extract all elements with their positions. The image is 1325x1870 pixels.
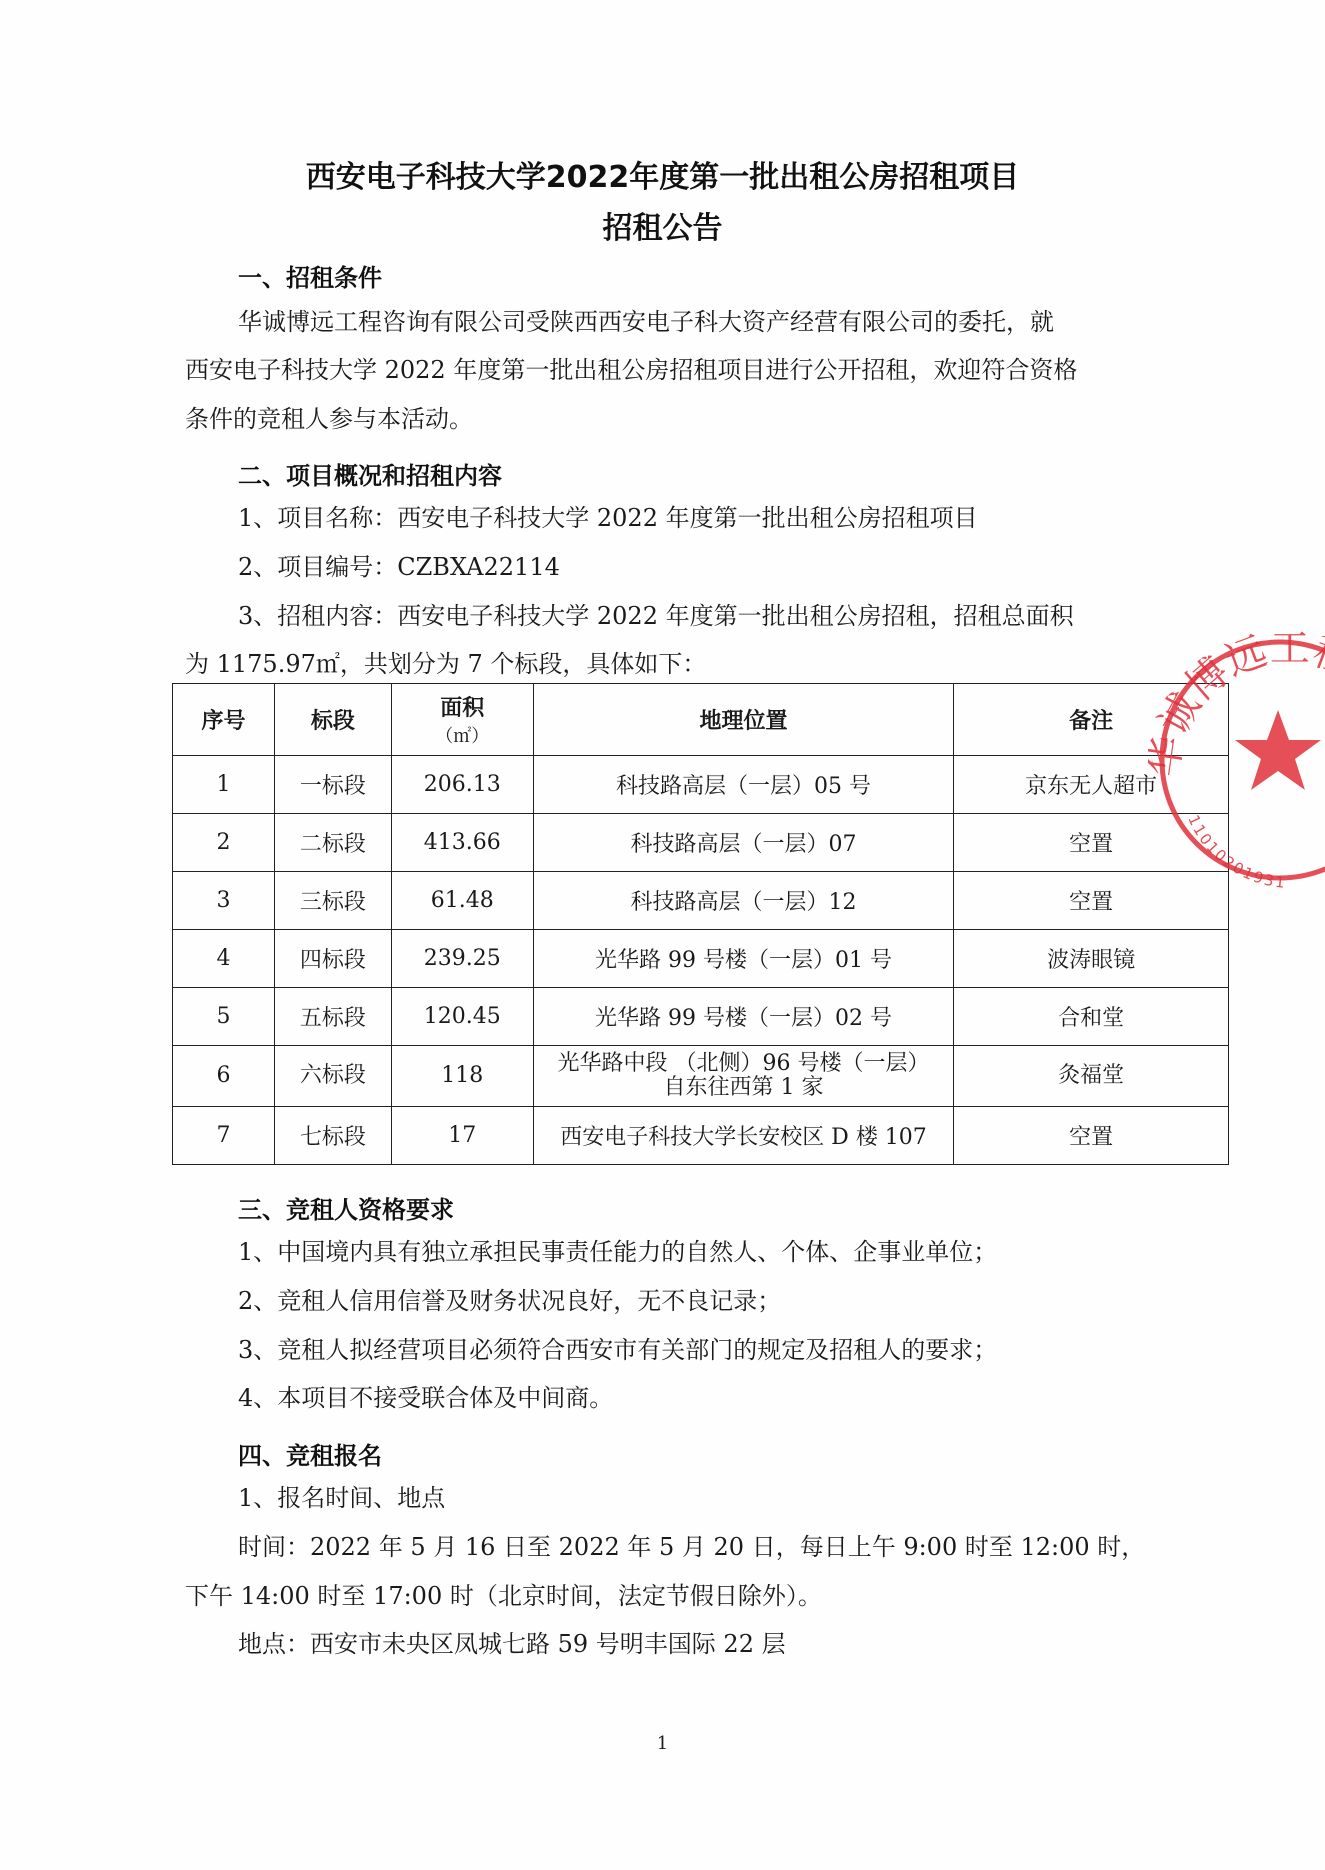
project-name: 1、项目名称：西安电子科技大学 2022 年度第一批出租公房招租项目 [238, 506, 978, 530]
lots-table: 序号 标段 面积（㎡） 地理位置 备注 1 一标段 206.13 科技路高层（一… [172, 683, 1229, 1165]
cell-lot: 五标段 [274, 988, 391, 1046]
cell-remark: 京东无人超市 [954, 756, 1229, 814]
registration-item: 1、报名时间、地点 [238, 1486, 445, 1510]
qualification-item: 2、竞租人信用信誉及财务状况良好，无不良记录； [238, 1289, 781, 1313]
cell-seq: 4 [173, 930, 275, 988]
cell-location: 科技路高层（一层）07 [533, 814, 954, 872]
cell-location: 光华路中段 （北侧）96 号楼（一层）自东往西第 1 家 [533, 1046, 954, 1107]
section-heading-conditions: 一、招租条件 [238, 258, 382, 293]
cell-seq: 1 [173, 756, 275, 814]
header-seq: 序号 [173, 684, 275, 756]
cell-remark: 空置 [954, 872, 1229, 930]
cell-lot: 二标段 [274, 814, 391, 872]
cell-location: 科技路高层（一层）12 [533, 872, 954, 930]
cell-seq: 5 [173, 988, 275, 1046]
table-row: 1 一标段 206.13 科技路高层（一层）05 号 京东无人超市 [173, 756, 1229, 814]
cell-remark: 合和堂 [954, 988, 1229, 1046]
cell-seq: 3 [173, 872, 275, 930]
cell-location: 光华路 99 号楼（一层）02 号 [533, 988, 954, 1046]
registration-time-cont: 下午 14:00 时至 17:00 时（北京时间，法定节假日除外）。 [185, 1584, 822, 1608]
document-subtitle: 招租公告 [0, 203, 1325, 247]
cell-lot: 六标段 [274, 1046, 391, 1107]
table-row: 3 三标段 61.48 科技路高层（一层）12 空置 [173, 872, 1229, 930]
header-remark: 备注 [954, 684, 1229, 756]
cell-area: 118 [391, 1046, 533, 1107]
header-location: 地理位置 [533, 684, 954, 756]
qualification-item: 3、竞租人拟经营项目必须符合西安市有关部门的规定及招租人的要求； [238, 1338, 997, 1362]
qualification-item: 1、中国境内具有独立承担民事责任能力的自然人、个体、企事业单位； [238, 1240, 997, 1264]
table-row: 5 五标段 120.45 光华路 99 号楼（一层）02 号 合和堂 [173, 988, 1229, 1046]
paragraph-line: 条件的竞租人参与本活动。 [185, 407, 473, 431]
lease-content-cont: 为 1175.97㎡，共划分为 7 个标段，具体如下： [185, 652, 706, 676]
section-heading-overview: 二、项目概况和招租内容 [238, 456, 502, 491]
cell-lot: 三标段 [274, 872, 391, 930]
table-row: 7 七标段 17 西安电子科技大学长安校区 D 楼 107 空置 [173, 1107, 1229, 1165]
qualification-item: 4、本项目不接受联合体及中间商。 [238, 1386, 613, 1410]
section-heading-registration: 四、竞租报名 [238, 1436, 382, 1471]
header-area: 面积（㎡） [391, 684, 533, 756]
cell-area: 413.66 [391, 814, 533, 872]
cell-lot: 一标段 [274, 756, 391, 814]
cell-area: 120.45 [391, 988, 533, 1046]
project-number: 2、项目编号：CZBXA22114 [238, 555, 560, 579]
table-row: 4 四标段 239.25 光华路 99 号楼（一层）01 号 波涛眼镜 [173, 930, 1229, 988]
cell-area: 61.48 [391, 872, 533, 930]
cell-location: 科技路高层（一层）05 号 [533, 756, 954, 814]
registration-time: 时间：2022 年 5 月 16 日至 2022 年 5 月 20 日，每日上午… [238, 1535, 1145, 1559]
paragraph-line: 华诚博远工程咨询有限公司受陕西西安电子科大资产经营有限公司的委托，就 [238, 310, 1054, 334]
cell-seq: 2 [173, 814, 275, 872]
cell-seq: 7 [173, 1107, 275, 1165]
paragraph-line: 西安电子科技大学 2022 年度第一批出租公房招租项目进行公开招租，欢迎符合资格 [185, 358, 1077, 382]
document-page: 西安电子科技大学2022年度第一批出租公房招租项目 招租公告 一、招租条件 华诚… [0, 0, 1325, 1870]
section-heading-qualifications: 三、竞租人资格要求 [238, 1190, 454, 1225]
cell-location: 西安电子科技大学长安校区 D 楼 107 [533, 1107, 954, 1165]
table-row: 6 六标段 118 光华路中段 （北侧）96 号楼（一层）自东往西第 1 家 灸… [173, 1046, 1229, 1107]
cell-lot: 七标段 [274, 1107, 391, 1165]
cell-area: 239.25 [391, 930, 533, 988]
header-lot: 标段 [274, 684, 391, 756]
cell-location: 光华路 99 号楼（一层）01 号 [533, 930, 954, 988]
cell-remark: 空置 [954, 1107, 1229, 1165]
table-row: 2 二标段 413.66 科技路高层（一层）07 空置 [173, 814, 1229, 872]
cell-remark: 空置 [954, 814, 1229, 872]
page-number: 1 [0, 1733, 1325, 1754]
cell-area: 17 [391, 1107, 533, 1165]
cell-lot: 四标段 [274, 930, 391, 988]
cell-remark: 波涛眼镜 [954, 930, 1229, 988]
cell-area: 206.13 [391, 756, 533, 814]
document-title: 西安电子科技大学2022年度第一批出租公房招租项目 [0, 152, 1325, 196]
table-header-row: 序号 标段 面积（㎡） 地理位置 备注 [173, 684, 1229, 756]
lease-content: 3、招租内容：西安电子科技大学 2022 年度第一批出租公房招租，招租总面积 [238, 604, 1074, 628]
cell-remark: 灸福堂 [954, 1046, 1229, 1107]
registration-place: 地点：西安市未央区凤城七路 59 号明丰国际 22 层 [238, 1632, 786, 1656]
cell-seq: 6 [173, 1046, 275, 1107]
